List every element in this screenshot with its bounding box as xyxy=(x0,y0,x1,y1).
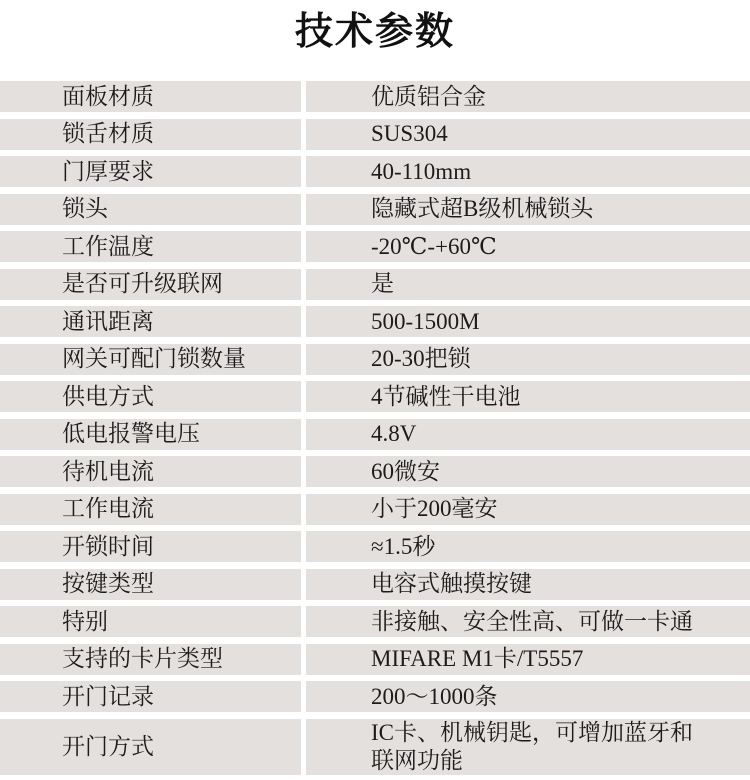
spec-row-value: 电容式触摸按键 xyxy=(306,569,750,600)
spec-row: 开门记录 200～1000条 xyxy=(0,681,750,712)
spec-row: 是否可升级联网 是 xyxy=(0,269,750,300)
spec-row: 门厚要求 40-110mm xyxy=(0,156,750,187)
spec-row-label: 工作温度 xyxy=(0,231,301,262)
spec-row-value: 60微安 xyxy=(306,456,750,487)
spec-row-label: 开锁时间 xyxy=(0,531,301,562)
spec-row: 开门方式 IC卡、机械钥匙，可增加蓝牙和联网功能 xyxy=(0,719,750,775)
spec-row: 低电报警电压 4.8V xyxy=(0,419,750,450)
spec-row-value: 200～1000条 xyxy=(306,681,750,712)
spec-row-label: 锁舌材质 xyxy=(0,119,301,150)
spec-row-value: 20-30把锁 xyxy=(306,344,750,375)
spec-row-label: 门厚要求 xyxy=(0,156,301,187)
spec-row-value: 500-1500M xyxy=(306,306,750,337)
spec-row: 网关可配门锁数量 20-30把锁 xyxy=(0,344,750,375)
spec-sheet: 技术参数 面板材质 优质铝合金 锁舌材质 SUS304 门厚要求 40-110m… xyxy=(0,0,750,780)
spec-row-label: 通讯距离 xyxy=(0,306,301,337)
spec-row-value: 非接触、安全性高、可做一卡通 xyxy=(306,606,750,637)
spec-row-value: 隐藏式超B级机械锁头 xyxy=(306,194,750,225)
spec-row: 工作电流 小于200毫安 xyxy=(0,494,750,525)
spec-row-value: ≈1.5秒 xyxy=(306,531,750,562)
spec-row-value: 优质铝合金 xyxy=(306,81,750,112)
spec-row-label: 网关可配门锁数量 xyxy=(0,344,301,375)
page-title: 技术参数 xyxy=(0,0,750,56)
spec-row-value: 4节碱性干电池 xyxy=(306,381,750,412)
spec-row-value: SUS304 xyxy=(306,119,750,150)
spec-row-label: 开门方式 xyxy=(0,719,301,775)
spec-row: 待机电流 60微安 xyxy=(0,456,750,487)
spec-row: 按键类型 电容式触摸按键 xyxy=(0,569,750,600)
spec-row-label: 按键类型 xyxy=(0,569,301,600)
spec-row-label: 特别 xyxy=(0,606,301,637)
spec-row-label: 供电方式 xyxy=(0,381,301,412)
spec-row: 通讯距离 500-1500M xyxy=(0,306,750,337)
spec-row-value: 是 xyxy=(306,269,750,300)
spec-row-value: IC卡、机械钥匙，可增加蓝牙和联网功能 xyxy=(306,719,750,775)
spec-row: 锁头 隐藏式超B级机械锁头 xyxy=(0,194,750,225)
spec-row-value: -20℃-+60℃ xyxy=(306,231,750,262)
spec-row: 支持的卡片类型 MIFARE M1卡/T5557 xyxy=(0,644,750,675)
spec-row-label: 是否可升级联网 xyxy=(0,269,301,300)
spec-row: 供电方式 4节碱性干电池 xyxy=(0,381,750,412)
spec-row: 开锁时间 ≈1.5秒 xyxy=(0,531,750,562)
spec-row-value: 40-110mm xyxy=(306,156,750,187)
spec-row: 工作温度 -20℃-+60℃ xyxy=(0,231,750,262)
spec-row: 特别 非接触、安全性高、可做一卡通 xyxy=(0,606,750,637)
spec-row-value: MIFARE M1卡/T5557 xyxy=(306,644,750,675)
spec-row-label: 待机电流 xyxy=(0,456,301,487)
spec-row-value: 4.8V xyxy=(306,419,750,450)
spec-row-label: 工作电流 xyxy=(0,494,301,525)
spec-row-label: 支持的卡片类型 xyxy=(0,644,301,675)
spec-row-value: 小于200毫安 xyxy=(306,494,750,525)
spec-table: 面板材质 优质铝合金 锁舌材质 SUS304 门厚要求 40-110mm 锁头 … xyxy=(0,81,750,775)
spec-row: 锁舌材质 SUS304 xyxy=(0,119,750,150)
spec-row-label: 低电报警电压 xyxy=(0,419,301,450)
spec-row-label: 面板材质 xyxy=(0,81,301,112)
spec-row-label: 开门记录 xyxy=(0,681,301,712)
spec-row: 面板材质 优质铝合金 xyxy=(0,81,750,112)
spec-row-label: 锁头 xyxy=(0,194,301,225)
